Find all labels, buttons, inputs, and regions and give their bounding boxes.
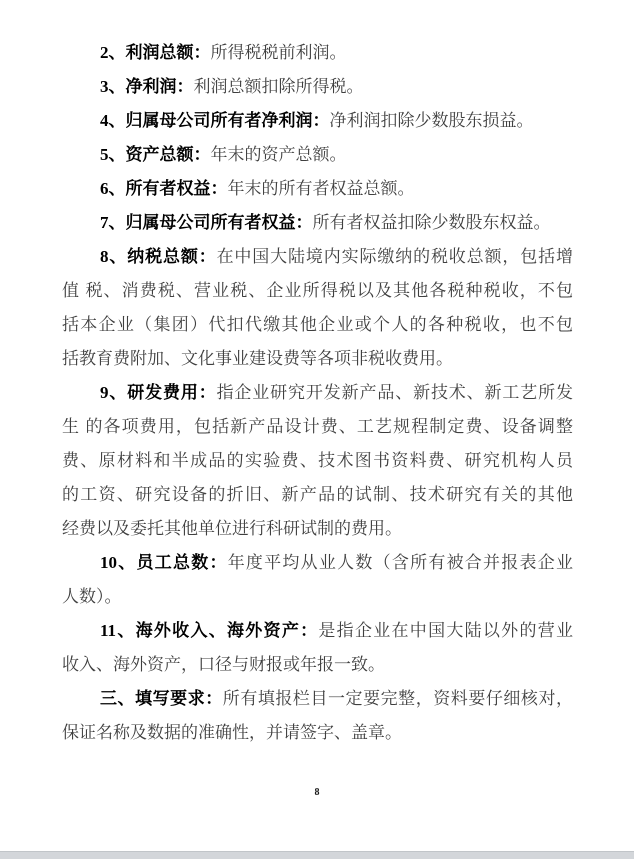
document-line: 值 税、消费税、营业税、企业所得税以及其他各税种税收，不包 xyxy=(62,274,573,308)
paragraph-text: 保证名称及数据的准确性，并请签字、盖章。 xyxy=(62,723,402,742)
term-line-parent-equity: 7、归属母公司所有者权益：所有者权益扣除少数股东权益。 xyxy=(62,206,573,240)
document-line: 费、原材料和半成品的实验费、技术图书资料费、研究机构人员 xyxy=(62,444,573,478)
term-definition: 是指企业在中国大陆以外的营业 xyxy=(318,621,573,640)
term-label: 9、研发费用： xyxy=(100,383,217,402)
document-page: 2、利润总额：所得税税前利润。 3、净利润：利润总额扣除所得税。 4、归属母公司… xyxy=(0,0,634,859)
section-line-filling-requirements: 三、填写要求：所有填报栏目一定要完整，资料要仔细核对， xyxy=(62,682,573,716)
paragraph-text: 的工资、研究设备的折旧、新产品的试制、技术研究有关的其他 xyxy=(62,485,573,504)
term-label: 8、纳税总额： xyxy=(100,247,217,266)
term-definition: 净利润扣除少数股东损益。 xyxy=(330,111,534,130)
term-definition: 所有者权益扣除少数股东权益。 xyxy=(313,213,551,232)
paragraph-text: 费、原材料和半成品的实验费、技术图书资料费、研究机构人员 xyxy=(62,451,573,470)
paragraph-text: 生 的各项费用，包括新产品设计费、工艺规程制定费、设备调整 xyxy=(62,417,573,436)
term-definition: 年末的资产总额。 xyxy=(211,145,347,164)
page-bottom-edge xyxy=(0,851,634,859)
term-line-profit-total: 2、利润总额：所得税税前利润。 xyxy=(62,36,573,70)
document-body: 2、利润总额：所得税税前利润。 3、净利润：利润总额扣除所得税。 4、归属母公司… xyxy=(62,36,573,750)
document-line: 收入、海外资产，口径与财报或年报一致。 xyxy=(62,648,573,682)
term-label: 6、所有者权益： xyxy=(100,179,228,198)
term-definition: 年度平均从业人数（含所有被合并报表企业 xyxy=(228,553,573,572)
document-line: 括教育费附加、文化事业建设费等各项非税收费用。 xyxy=(62,342,573,376)
document-line: 的工资、研究设备的折旧、新产品的试制、技术研究有关的其他 xyxy=(62,478,573,512)
paragraph-text: 值 税、消费税、营业税、企业所得税以及其他各税种税收，不包 xyxy=(62,281,573,300)
term-label: 11、海外收入、海外资产： xyxy=(100,621,318,640)
section-label: 三、填写要求： xyxy=(100,689,223,708)
term-line-rd-expense: 9、研发费用：指企业研究开发新产品、新技术、新工艺所发 xyxy=(62,376,573,410)
term-label: 2、利润总额： xyxy=(100,43,211,62)
term-line-parent-net-profit: 4、归属母公司所有者净利润：净利润扣除少数股东损益。 xyxy=(62,104,573,138)
term-line-owners-equity: 6、所有者权益：年末的所有者权益总额。 xyxy=(62,172,573,206)
page-number: 8 xyxy=(0,787,634,798)
term-line-net-profit: 3、净利润：利润总额扣除所得税。 xyxy=(62,70,573,104)
term-line-employee-total: 10、员工总数：年度平均从业人数（含所有被合并报表企业 xyxy=(62,546,573,580)
term-label: 4、归属母公司所有者净利润： xyxy=(100,111,330,130)
section-text: 所有填报栏目一定要完整，资料要仔细核对， xyxy=(223,689,573,708)
paragraph-text: 经费以及委托其他单位进行科研试制的费用。 xyxy=(62,519,402,538)
term-line-tax-total: 8、纳税总额：在中国大陆境内实际缴纳的税收总额，包括增 xyxy=(62,240,573,274)
paragraph-text: 人数）。 xyxy=(62,587,122,606)
term-definition: 在中国大陆境内实际缴纳的税收总额，包括增 xyxy=(217,247,573,266)
document-line: 人数）。 xyxy=(62,580,573,614)
term-label: 10、员工总数： xyxy=(100,553,228,572)
term-line-total-assets: 5、资产总额：年末的资产总额。 xyxy=(62,138,573,172)
term-definition: 所得税税前利润。 xyxy=(211,43,347,62)
document-line: 生 的各项费用，包括新产品设计费、工艺规程制定费、设备调整 xyxy=(62,410,573,444)
term-label: 7、归属母公司所有者权益： xyxy=(100,213,313,232)
document-line: 括本企业（集团）代扣代缴其他企业或个人的各种税收，也不包 xyxy=(62,308,573,342)
term-definition: 指企业研究开发新产品、新技术、新工艺所发 xyxy=(217,383,573,402)
document-line: 保证名称及数据的准确性，并请签字、盖章。 xyxy=(62,716,573,750)
term-line-overseas: 11、海外收入、海外资产：是指企业在中国大陆以外的营业 xyxy=(62,614,573,648)
term-label: 3、净利润： xyxy=(100,77,194,96)
term-label: 5、资产总额： xyxy=(100,145,211,164)
term-definition: 利润总额扣除所得税。 xyxy=(194,77,364,96)
term-definition: 年末的所有者权益总额。 xyxy=(228,179,415,198)
document-line: 经费以及委托其他单位进行科研试制的费用。 xyxy=(62,512,573,546)
paragraph-text: 括教育费附加、文化事业建设费等各项非税收费用。 xyxy=(62,349,453,368)
paragraph-text: 括本企业（集团）代扣代缴其他企业或个人的各种税收，也不包 xyxy=(62,315,573,334)
paragraph-text: 收入、海外资产，口径与财报或年报一致。 xyxy=(62,655,385,674)
